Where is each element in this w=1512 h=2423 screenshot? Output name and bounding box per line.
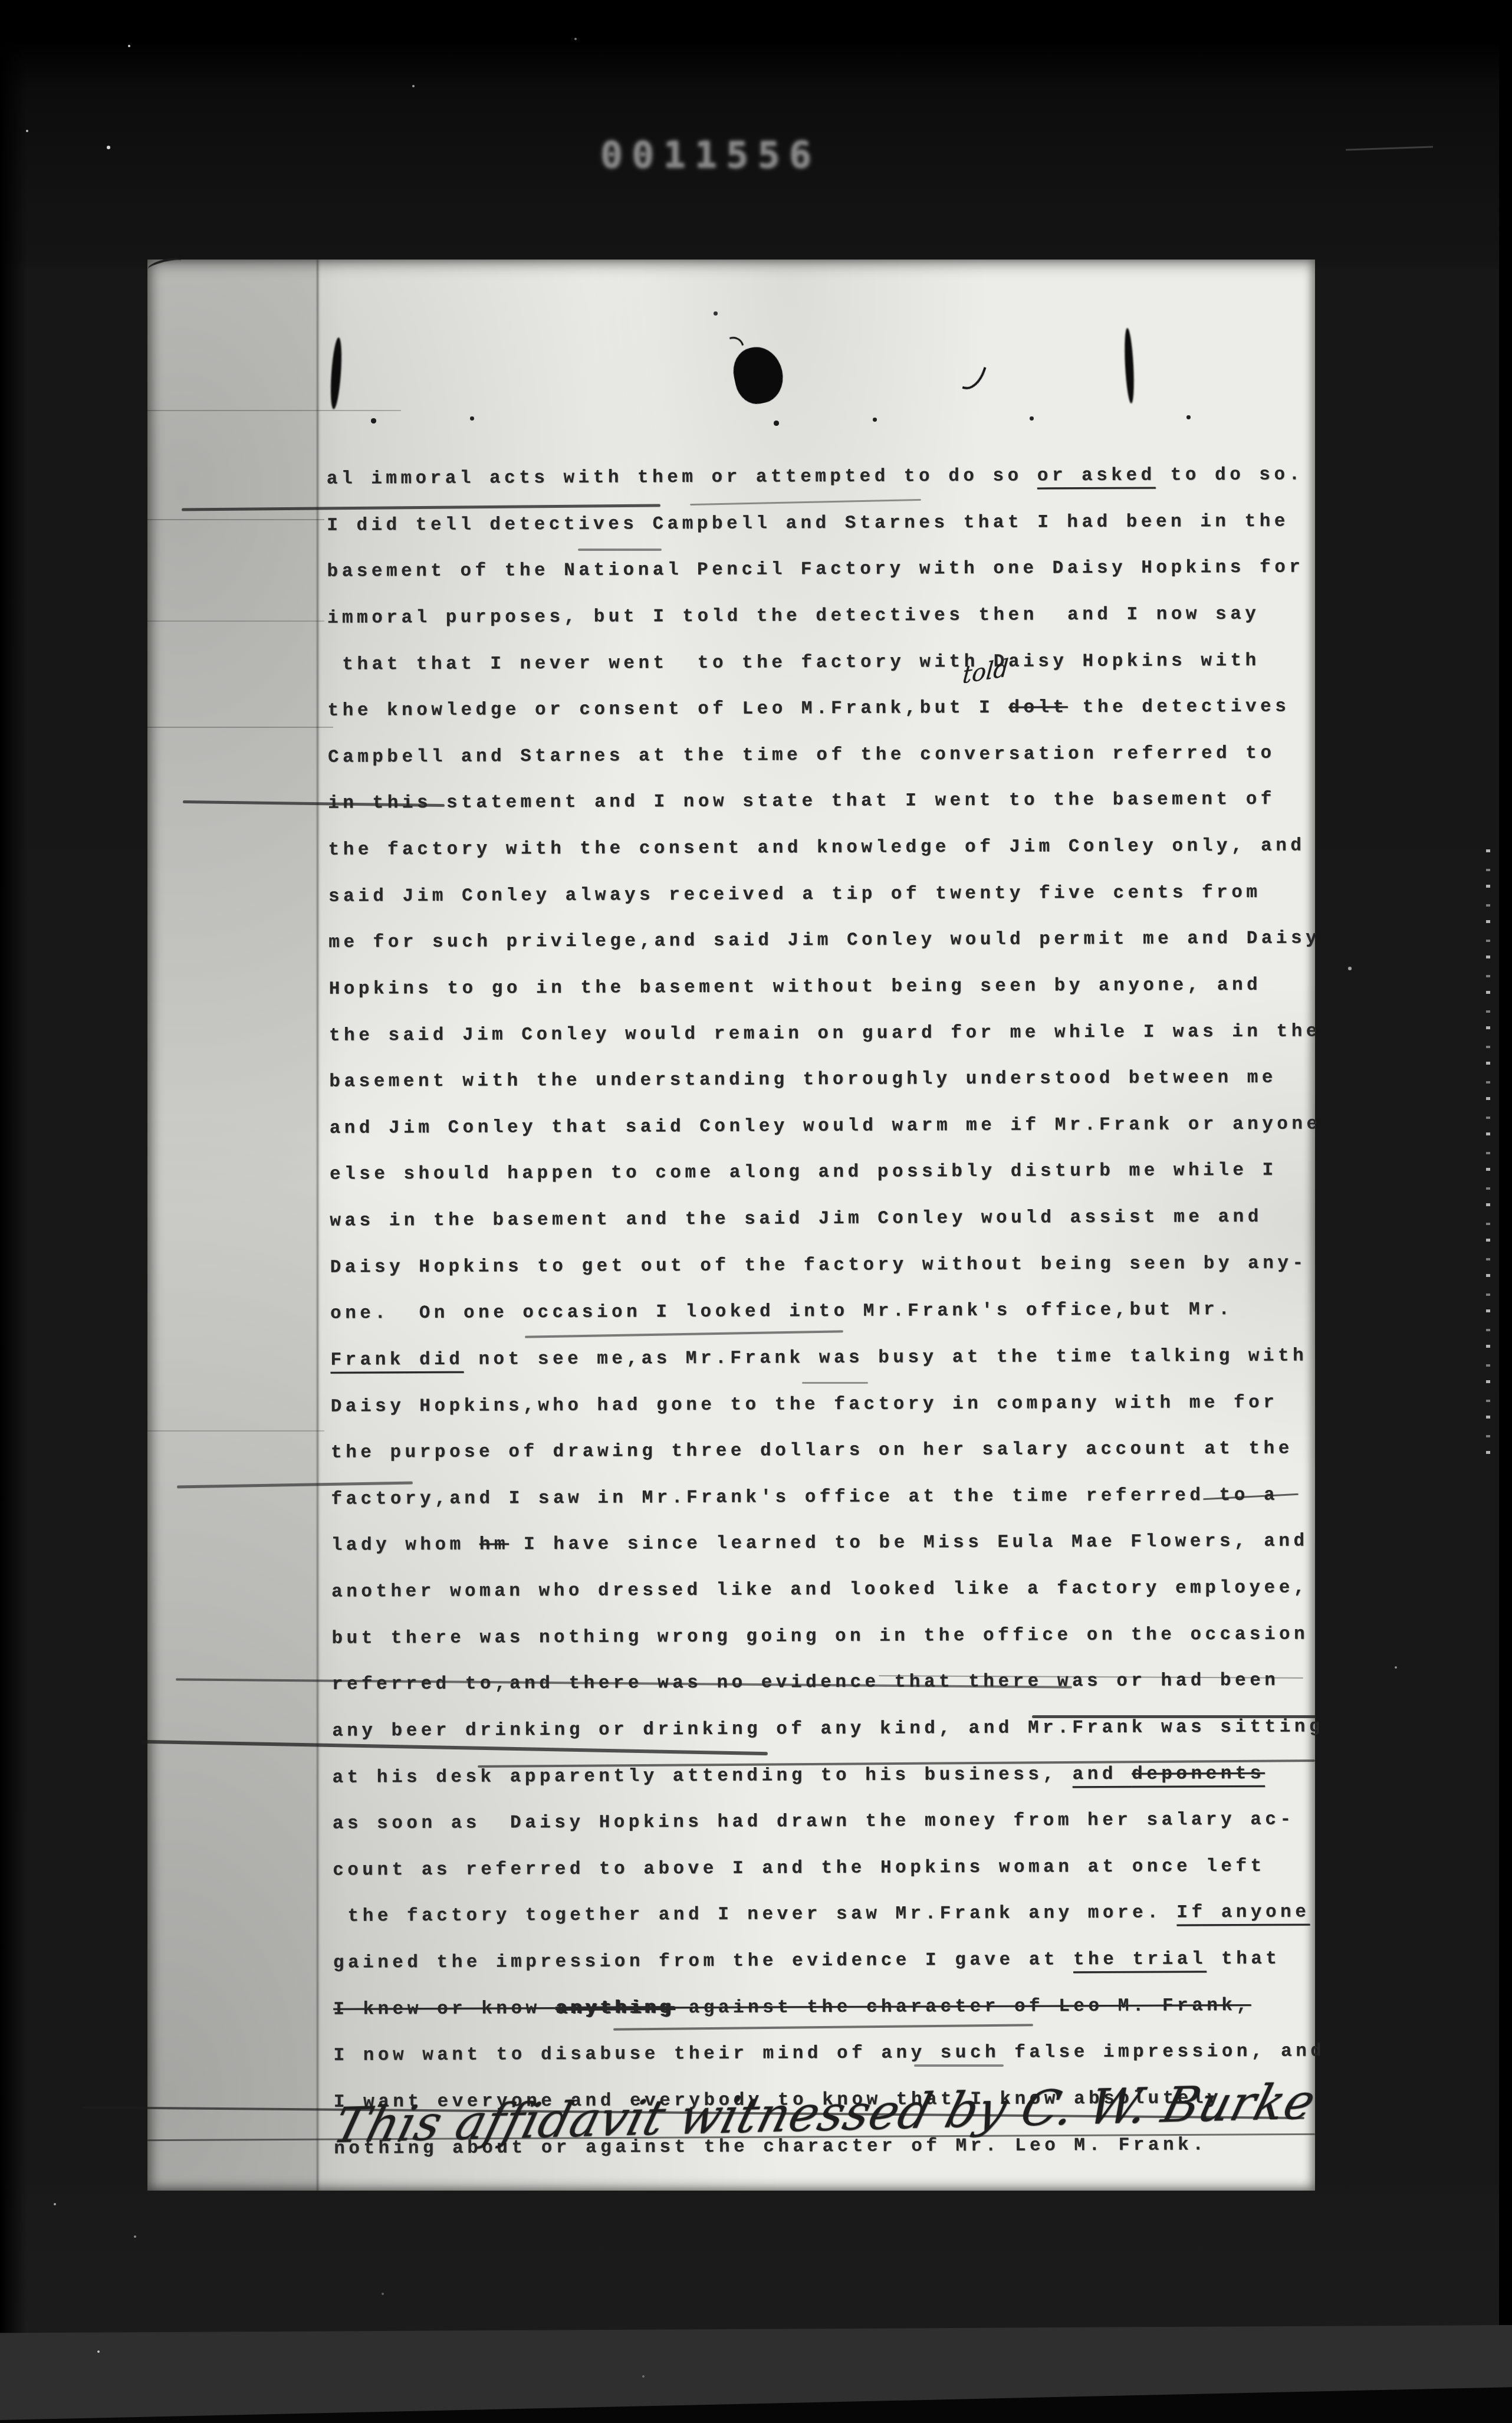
typed-line: basement with the understanding thorough… — [329, 1055, 1327, 1105]
ink-specks — [147, 260, 149, 261]
typed-line: I now want to disabuse their mind of any… — [333, 2029, 1331, 2080]
ink-mark — [962, 363, 987, 393]
dust-specks — [0, 0, 1, 1]
typed-line: the factory together and I never saw Mr.… — [333, 1890, 1330, 1941]
typed-line: Hopkins to go in the basement without be… — [328, 962, 1326, 1013]
scratch-mark — [1346, 146, 1433, 150]
typed-line: lady whom hm I have since learned to be … — [331, 1519, 1329, 1570]
scratch-mark — [147, 255, 183, 274]
fold-line — [147, 620, 324, 622]
typed-line: referred to,and there was no evidence th… — [332, 1658, 1330, 1709]
typed-line: the factory with the consent and knowled… — [328, 823, 1326, 874]
fold-line — [147, 727, 333, 728]
typed-line: the purpose of drawing three dollars on … — [331, 1426, 1329, 1476]
typed-line: I did tell detectives Campbell and Starn… — [327, 498, 1324, 549]
film-edge-left — [0, 0, 27, 2423]
document-scan: 0011556 al immoral acts with them o — [0, 0, 1512, 2423]
ink-mark — [1123, 328, 1136, 404]
typed-line: immoral purposes, but I told the detecti… — [327, 591, 1325, 642]
typed-line: at his desk apparently attending to his … — [332, 1751, 1330, 1801]
typed-line: Campbell and Starnes at the time of the … — [328, 730, 1326, 781]
typed-line: one. On one occasion I looked into Mr.Fr… — [330, 1287, 1328, 1338]
typed-line: but there was nothing wrong going on in … — [331, 1611, 1329, 1662]
typed-line: me for such privilege,and said Jim Conle… — [328, 916, 1326, 967]
typed-line: Daisy Hopkins,who had gone to the factor… — [331, 1380, 1329, 1430]
typed-line: Daisy Hopkins to get out of the factory … — [330, 1240, 1327, 1291]
ink-blot — [729, 343, 788, 408]
typed-line: and Jim Conley that said Conley would wa… — [329, 1101, 1327, 1152]
fold-line — [147, 1430, 324, 1432]
frame-number-stamp: 0011556 — [600, 137, 820, 173]
fold-line — [317, 260, 318, 2191]
fold-line — [147, 410, 401, 411]
film-edge-right — [1499, 0, 1512, 2423]
typed-line: any beer drinking or drinking of any kin… — [332, 1704, 1330, 1755]
typed-line: basement of the National Pencil Factory … — [327, 545, 1324, 596]
typed-line: as soon as Daisy Hopkins had drawn the m… — [333, 1797, 1330, 1847]
film-edge-specks — [1486, 849, 1490, 1457]
typed-line: count as referred to above I and the Hop… — [333, 1843, 1330, 1894]
typed-lines: al immoral acts with them or attempted t… — [327, 452, 1332, 2172]
typed-line: I knew or know anything against the char… — [333, 1982, 1331, 2033]
fold-line — [147, 519, 324, 520]
typed-line: the knowledge or consent of Leo M.Frank,… — [327, 684, 1325, 734]
typed-line: Frank did not see me,as Mr.Frank was bus… — [330, 1333, 1328, 1384]
typed-line: the said Jim Conley would remain on guar… — [329, 1009, 1327, 1059]
typed-line: else should happen to come along and pos… — [330, 1148, 1327, 1199]
typed-line: gained the impression from the evidence … — [333, 1936, 1331, 1987]
typed-line: factory,and I saw in Mr.Frank's office a… — [331, 1472, 1329, 1523]
typed-line: al immoral acts with them or attempted t… — [327, 452, 1324, 503]
typed-line: that that I never went to the factory wi… — [327, 638, 1325, 688]
ink-mark — [329, 337, 343, 410]
typed-line: another woman who dressed like and looke… — [331, 1565, 1329, 1616]
typed-line: was in the basement and the said Jim Con… — [330, 1194, 1327, 1245]
document-page: al immoral acts with them or attempted t… — [147, 260, 1315, 2191]
typed-line: said Jim Conley always received a tip of… — [328, 869, 1326, 920]
typed-line: in this statement and I now state that I… — [328, 777, 1326, 828]
